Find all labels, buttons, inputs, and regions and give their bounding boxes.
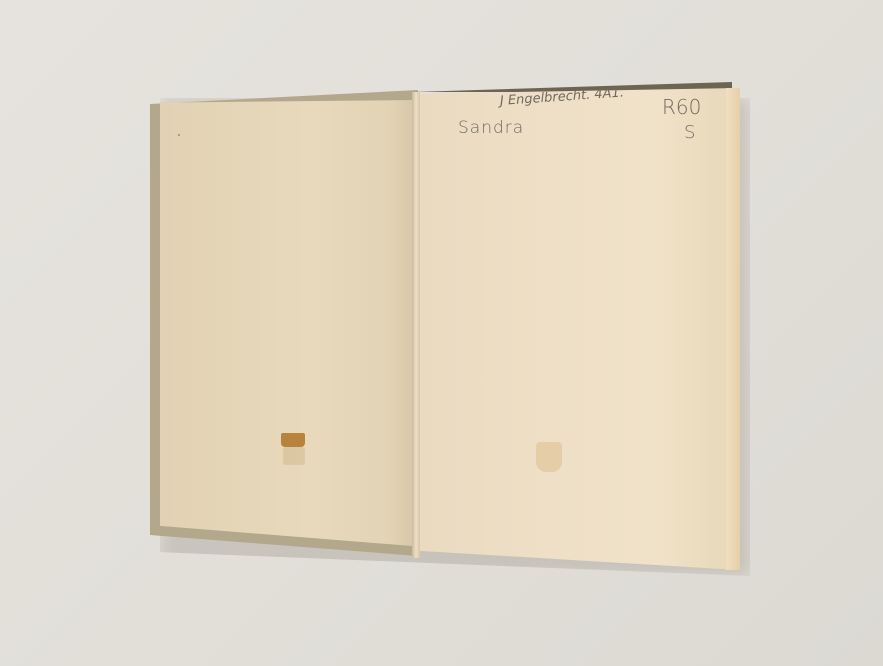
right-faint-stain [536, 442, 562, 472]
left-endpaper [160, 100, 412, 546]
photo-scene: J Engelbrecht. 4A1. Sandra R60 S [0, 0, 883, 666]
right-endpaper [418, 88, 738, 570]
page-block-edge [726, 88, 740, 570]
handwritten-name: Sandra [458, 118, 524, 138]
handwritten-code: S [684, 122, 695, 143]
paper-speck [178, 134, 180, 136]
left-tape-stain [281, 433, 305, 447]
book-gutter [412, 92, 420, 558]
left-faint-stain [283, 447, 305, 465]
handwritten-price: R60 [662, 95, 701, 119]
